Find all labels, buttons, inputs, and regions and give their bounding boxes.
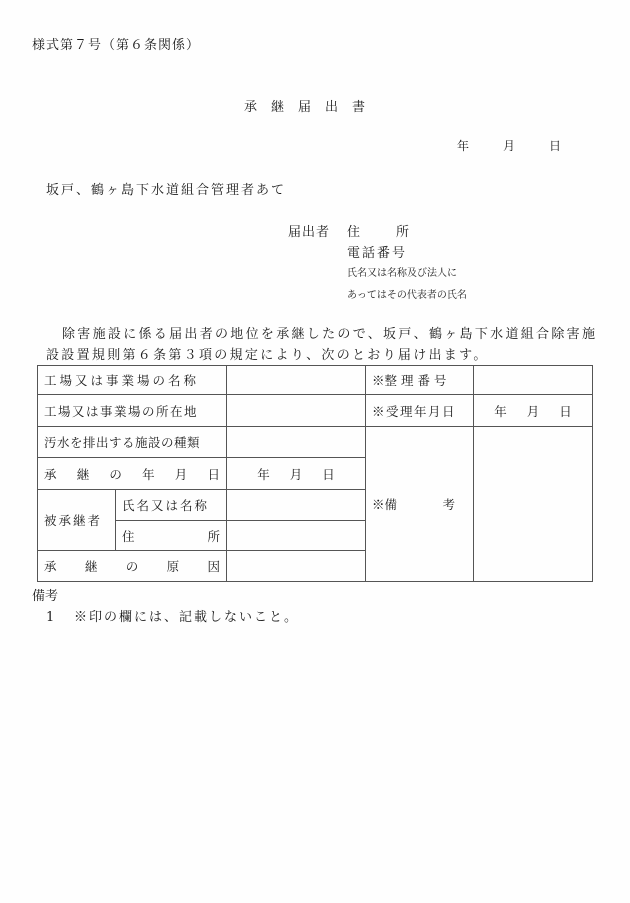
applicant-name-label-line1: 氏名又は名称及び法人に bbox=[347, 264, 457, 279]
address-label-part: 住 bbox=[347, 221, 360, 240]
succession-date-parts: 年 月 日 bbox=[233, 465, 359, 483]
date-year-label: 年 bbox=[457, 137, 503, 154]
addressee: 坂戸、鶴ヶ島下水道組合管理者あて bbox=[46, 179, 286, 198]
predecessor-name-label: 氏名又は名称 bbox=[116, 490, 227, 521]
predecessor-address-field[interactable] bbox=[227, 521, 366, 551]
form-number: 様式第７号（第６条関係） bbox=[32, 34, 200, 53]
table-row: 工場又は事業場の所在地 ※受理年月日 年 月 日 bbox=[38, 395, 593, 427]
remarks-field[interactable] bbox=[474, 427, 593, 582]
succession-form-table: 工場又は事業場の名称 ※整 理 番 号 工場又は事業場の所在地 ※受理年月日 年… bbox=[37, 365, 593, 582]
facility-type-field[interactable] bbox=[227, 427, 366, 458]
notes-title: 備考 bbox=[32, 585, 58, 604]
table-row: 工場又は事業場の名称 ※整 理 番 号 bbox=[38, 366, 593, 395]
received-date-label: ※受理年月日 bbox=[366, 395, 474, 427]
succession-reason-field[interactable] bbox=[227, 551, 366, 582]
declaration-text: 除害施設に係る届出者の地位を承継したので、坂戸、鶴ヶ島下水道組合除害施 設設置規… bbox=[46, 324, 606, 366]
address-label-part: 所 bbox=[396, 221, 409, 240]
succession-date-label: 承 継 の 年 月 日 bbox=[38, 458, 227, 490]
received-date-parts: 年 月 日 bbox=[480, 402, 586, 420]
received-date-field[interactable]: 年 月 日 bbox=[474, 395, 593, 427]
remarks-label: ※備 考 bbox=[366, 427, 474, 582]
declaration-line-2: 設設置規則第６条第３項の規定により、次のとおり届け出ます。 bbox=[46, 345, 606, 366]
predecessor-name-field[interactable] bbox=[227, 490, 366, 521]
date-day-label: 日 bbox=[549, 137, 561, 154]
predecessor-address-label: 住 所 bbox=[116, 521, 227, 551]
applicant-label: 届出者 bbox=[288, 221, 330, 240]
reference-number-field[interactable] bbox=[474, 366, 593, 395]
note-item: 1※印の欄には、記載しないこと。 bbox=[46, 606, 299, 625]
succession-date-field[interactable]: 年 月 日 bbox=[227, 458, 366, 490]
reference-number-label: ※整 理 番 号 bbox=[366, 366, 474, 395]
note-number: 1 bbox=[46, 610, 74, 625]
factory-location-field[interactable] bbox=[227, 395, 366, 427]
submission-date: 年 月 日 bbox=[457, 137, 561, 154]
applicant-name-label-line2: あってはその代表者の氏名 bbox=[347, 286, 467, 301]
predecessor-label: 被承継者 bbox=[38, 490, 116, 551]
applicant-address-label: 住 所 bbox=[347, 221, 409, 240]
date-month-label: 月 bbox=[503, 137, 549, 154]
facility-type-label: 汚水を排出する施設の種類 bbox=[38, 427, 227, 458]
succession-reason-label: 承 継 の 原 因 bbox=[38, 551, 227, 582]
factory-location-label: 工場又は事業場の所在地 bbox=[38, 395, 227, 427]
declaration-line-1: 除害施設に係る届出者の地位を承継したので、坂戸、鶴ヶ島下水道組合除害施 bbox=[46, 324, 606, 345]
table-row: 汚水を排出する施設の種類 ※備 考 bbox=[38, 427, 593, 458]
document-title: 承継届出書 bbox=[244, 96, 379, 115]
factory-name-label: 工場又は事業場の名称 bbox=[38, 366, 227, 395]
applicant-phone-label: 電話番号 bbox=[347, 242, 407, 261]
note-text: ※印の欄には、記載しないこと。 bbox=[74, 610, 299, 625]
factory-name-field[interactable] bbox=[227, 366, 366, 395]
